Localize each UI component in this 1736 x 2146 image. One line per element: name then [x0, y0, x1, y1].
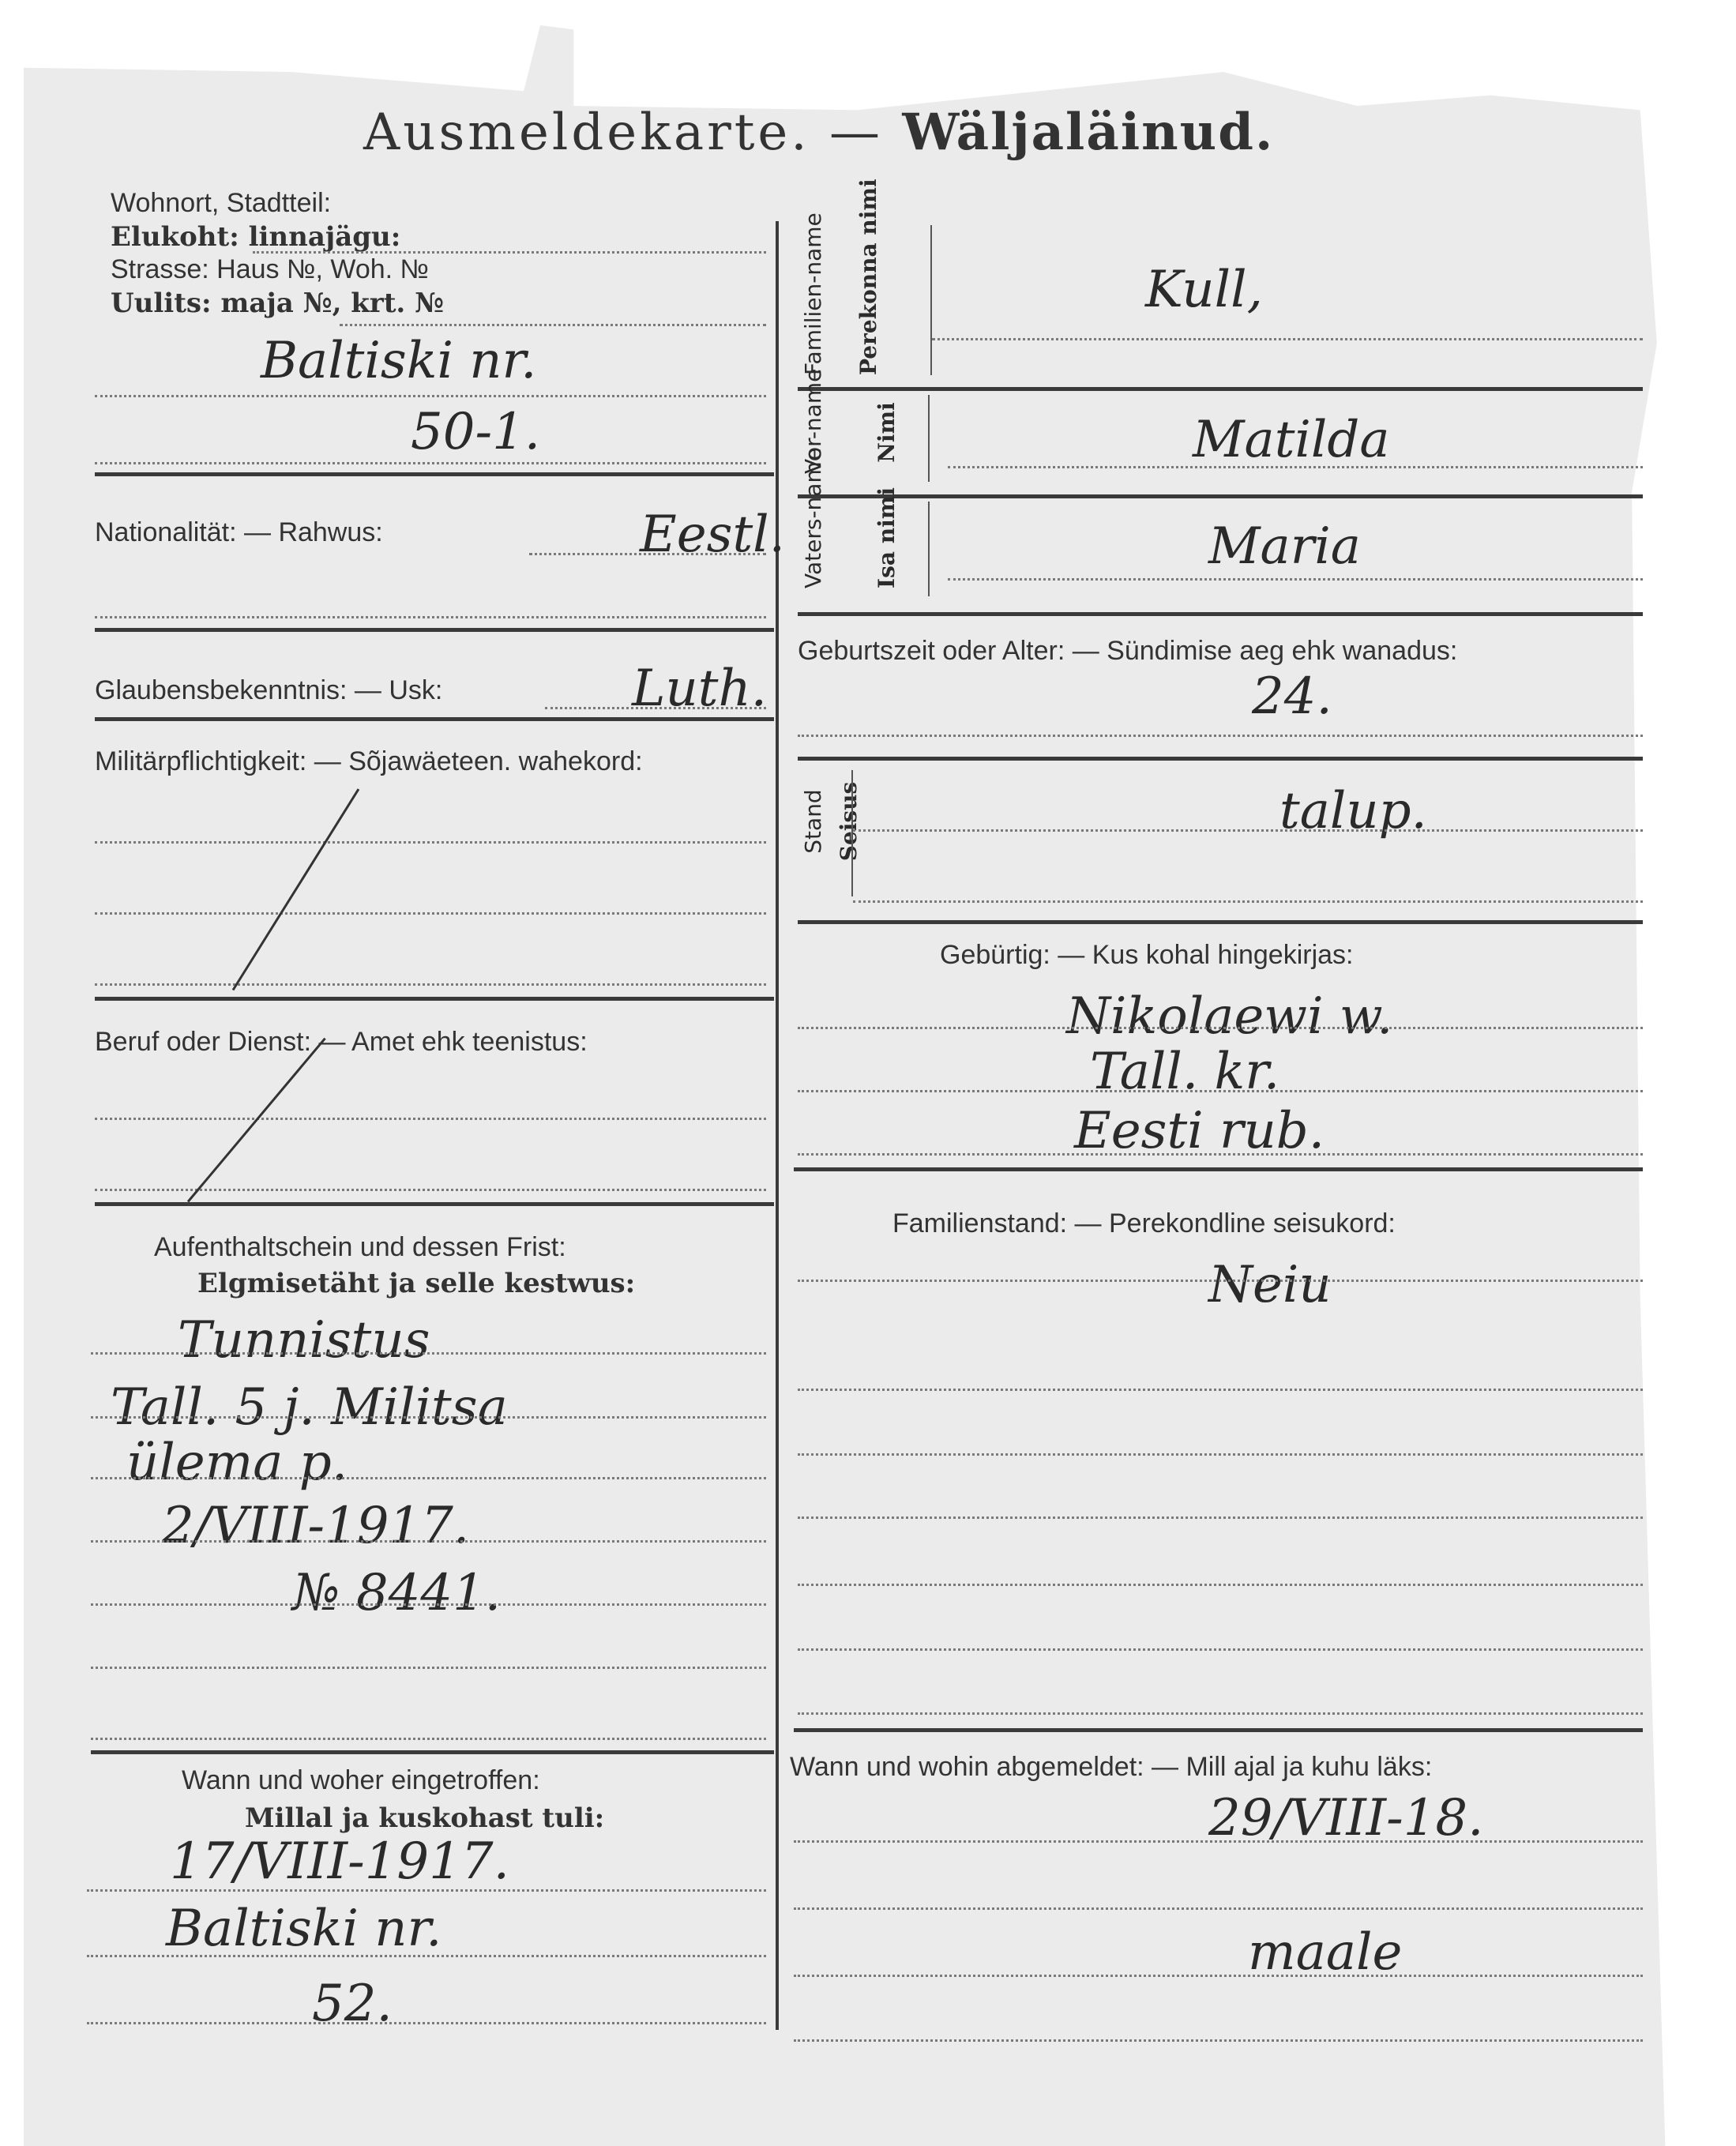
label-divider — [851, 770, 853, 896]
section-rule — [91, 1750, 774, 1754]
dotted-line — [91, 1352, 766, 1355]
dotted-line — [798, 1516, 1643, 1519]
status-label-de: Stand — [802, 778, 825, 865]
dotted-line — [253, 251, 766, 254]
dotted-line — [798, 1389, 1643, 1391]
dotted-line — [948, 578, 1643, 581]
address-value-2: 50-1. — [411, 403, 540, 461]
dotted-line — [87, 1889, 766, 1892]
section-rule — [798, 387, 1643, 391]
birthplace-label: Gebürtig: — Kus kohal hingekirjas: — [940, 940, 1353, 971]
title-estonian: Wäljaläinud. — [902, 103, 1274, 162]
dotted-line — [95, 912, 766, 915]
residence-permit-value-5: № 8441. — [292, 1564, 501, 1622]
departure-value-1: 29/VIII-18. — [1208, 1789, 1483, 1847]
dotted-line — [853, 900, 1643, 903]
arrival-label-de: Wann und woher eingetroffen: — [182, 1765, 540, 1796]
dotted-line — [794, 1975, 1643, 1977]
section-rule — [95, 628, 774, 632]
dotted-line — [95, 983, 766, 986]
dotted-line — [91, 1738, 766, 1740]
birth-label: Geburtszeit oder Alter: — Sündimise aeg … — [798, 636, 1457, 667]
section-rule — [798, 920, 1643, 924]
label-divider — [928, 502, 930, 596]
dotted-line — [794, 1840, 1643, 1843]
dotted-line — [87, 1955, 766, 1957]
residence-permit-value-3: ülema p. — [126, 1434, 348, 1492]
section-rule — [95, 997, 774, 1001]
dotted-line — [91, 1603, 766, 1606]
birthplace-value-3: Eesti rub. — [1074, 1102, 1325, 1160]
first-name-label-et: Nimi — [875, 391, 899, 474]
religion-value: Luth. — [632, 660, 767, 718]
departure-label: Wann und wohin abgemeldet: — Mill ajal j… — [790, 1752, 1432, 1783]
section-rule — [798, 757, 1643, 761]
section-rule — [794, 1728, 1643, 1732]
center-divider — [776, 221, 779, 2030]
dotted-line — [340, 324, 766, 326]
dotted-line — [798, 1153, 1643, 1156]
title-separator: — — [829, 103, 883, 162]
father-name-label-et: Isa nimi — [875, 494, 899, 588]
dotted-line — [95, 841, 766, 844]
dotted-line — [798, 1280, 1643, 1282]
label-divider — [930, 225, 932, 375]
dotted-line — [95, 616, 766, 618]
address-label-3: Strasse: Haus №, Woh. № — [111, 254, 429, 285]
dotted-line — [794, 2039, 1643, 2042]
section-rule — [798, 612, 1643, 616]
address-label-4: Uulits: maja №, krt. № — [111, 288, 444, 319]
nationality-label: Nationalität: — Rahwus: — [95, 517, 383, 548]
dotted-line — [91, 1416, 766, 1419]
religion-label: Glaubensbekenntnis: — Usk: — [95, 675, 442, 706]
first-name-value: Matilda — [1193, 411, 1389, 469]
dotted-line — [798, 1712, 1643, 1715]
marital-label: Familienstand: — Perekondline seisukord: — [892, 1208, 1396, 1239]
dotted-line — [794, 1907, 1643, 1910]
dotted-line — [932, 338, 1643, 340]
departure-value-2: maale — [1248, 1923, 1402, 1982]
residence-permit-value-4: 2/VIII-1917. — [162, 1497, 469, 1555]
address-value-1: Baltiski nr. — [261, 332, 536, 390]
arrival-value-1: 17/VIII-1917. — [170, 1832, 509, 1891]
dotted-line — [798, 1453, 1643, 1456]
profession-label: Beruf oder Dienst: — Amet ehk teenistus: — [95, 1027, 588, 1058]
birth-value: 24. — [1252, 667, 1332, 726]
arrival-label-et: Millal ja kuskohast tuli: — [245, 1802, 604, 1834]
birthplace-value-1: Nikolaewi w. — [1066, 987, 1392, 1046]
residence-permit-value-2: Tall. 5 j. Militsa — [111, 1378, 508, 1437]
family-name-label-et: Perekonna nimi — [857, 217, 881, 375]
dotted-line — [91, 1667, 766, 1669]
father-name-value: Maria — [1208, 517, 1361, 576]
family-name-label-de: Familien-name — [802, 217, 825, 375]
dotted-line — [853, 829, 1643, 832]
address-label-1: Wohnort, Stadtteil: — [111, 188, 331, 219]
section-rule — [95, 1202, 774, 1206]
family-name-value: Kull, — [1145, 261, 1263, 319]
dotted-line — [948, 466, 1643, 468]
dotted-line — [798, 1090, 1643, 1092]
residence-permit-label-et: Elgmisetäht ja selle kestwus: — [197, 1268, 635, 1299]
residence-permit-label-de: Aufenthaltschein und dessen Frist: — [154, 1232, 566, 1263]
section-rule — [794, 1167, 1643, 1171]
marital-value: Neiu — [1208, 1256, 1332, 1314]
address-label-2: Elukoht: linnajägu: — [111, 221, 400, 253]
father-name-label-de: Vaters-name — [802, 494, 825, 588]
section-rule — [95, 717, 774, 721]
status-label-et: Seisus — [837, 774, 861, 869]
dotted-line — [798, 1584, 1643, 1586]
section-rule — [95, 472, 774, 476]
dotted-line — [91, 1477, 766, 1479]
title-german: Ausmeldekarte. — [363, 103, 810, 162]
dotted-line — [95, 395, 766, 397]
residence-permit-value-1: Tunnistus — [178, 1311, 430, 1370]
dotted-line — [95, 462, 766, 464]
nationality-value: Eestl. — [640, 505, 785, 564]
dotted-line — [798, 1648, 1643, 1651]
dotted-line — [798, 735, 1643, 737]
dotted-line — [91, 1540, 766, 1543]
arrival-value-2: Baltiski nr. — [166, 1900, 442, 1958]
dotted-line — [87, 2022, 766, 2024]
dotted-line — [798, 1027, 1643, 1029]
form-title: Ausmeldekarte. — Wäljaläinud. — [363, 103, 1274, 162]
section-rule — [798, 494, 1643, 498]
military-label: Militärpflichtigkeit: — Sõjawäeteen. wah… — [95, 746, 643, 777]
dotted-line — [95, 1118, 766, 1120]
label-divider — [928, 395, 930, 482]
